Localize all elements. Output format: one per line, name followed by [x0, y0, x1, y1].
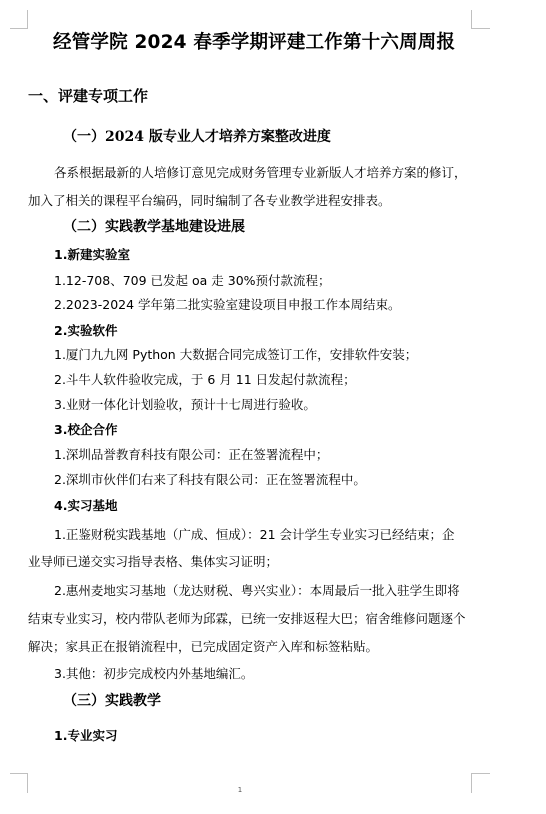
paragraph-line: 2.惠州麦地实习基地（龙达财税、粤兴实业）：本周最后一批入驻学生即将	[54, 585, 460, 598]
section-heading-evaluation-work: 一、评建专项工作	[28, 89, 148, 104]
list-item: 1.厦门九九网 Python 大数据合同完成签订工作，安排软件安装；	[54, 349, 417, 362]
crop-mark-bottom-right	[471, 773, 490, 793]
subsection-heading-training-plan: （一）2024 版专业人才培养方案整改进度	[63, 130, 331, 144]
list-item: 1.12-708、709 已发起 oa 走 30%预付款流程；	[54, 275, 331, 288]
paragraph-line: 业导师已递交实习指导表格、集体实习证明；	[28, 556, 278, 569]
paragraph-line: 各系根据最新的人培修订意见完成财务管理专业新版人才培养方案的修订，	[54, 167, 467, 180]
paragraph-line: 解决；家具正在报销流程中，已完成固定资产入库和标签粘贴。	[28, 641, 378, 654]
list-item: 1.深圳品誉教育科技有限公司：正在签署流程中；	[54, 449, 328, 462]
paragraph-line: 结束专业实习，校内带队老师为邱霖，已统一安排返程大巴；宿舍维修问题逐个	[28, 613, 466, 626]
document-title: 经管学院 2024 春季学期评建工作第十六周周报	[53, 34, 455, 53]
item-heading-new-lab: 1.新建实验室	[54, 249, 130, 262]
item-heading-cooperation: 3.校企合作	[54, 424, 117, 437]
list-item: 2.2023-2024 学年第二批实验室建设项目申报工作本周结束。	[54, 299, 401, 312]
crop-mark-bottom-left	[10, 773, 28, 793]
list-item: 2.斗牛人软件验收完成，于 6 月 11 日发起付款流程；	[54, 374, 356, 387]
crop-mark-top-left	[10, 10, 28, 29]
subsection-heading-practice-teaching: （三）实践教学	[63, 694, 161, 708]
crop-mark-top-right	[471, 10, 490, 29]
document-page: 经管学院 2024 春季学期评建工作第十六周周报 一、评建专项工作 （一）202…	[0, 0, 546, 814]
list-item: 3.业财一体化计划验收，预计十七周进行验收。	[54, 399, 316, 412]
item-heading-software: 2.实验软件	[54, 325, 117, 338]
paragraph-line: 加入了相关的课程平台编码，同时编制了各专业教学进程安排表。	[28, 195, 391, 208]
item-heading-professional-internship: 1.专业实习	[54, 730, 117, 743]
list-item: 2.深圳市伙伴们右来了科技有限公司：正在签署流程中。	[54, 474, 366, 487]
item-heading-internship-base: 4.实习基地	[54, 500, 117, 513]
paragraph-line: 3.其他：初步完成校内外基地编汇。	[54, 668, 253, 681]
paragraph-line: 1.正鉴财税实践基地（广成、恒成）：21 会计学生专业实习已经结束；企	[54, 529, 455, 542]
subsection-heading-practice-base: （二）实践教学基地建设进展	[63, 220, 245, 234]
page-number: 1	[236, 786, 244, 794]
